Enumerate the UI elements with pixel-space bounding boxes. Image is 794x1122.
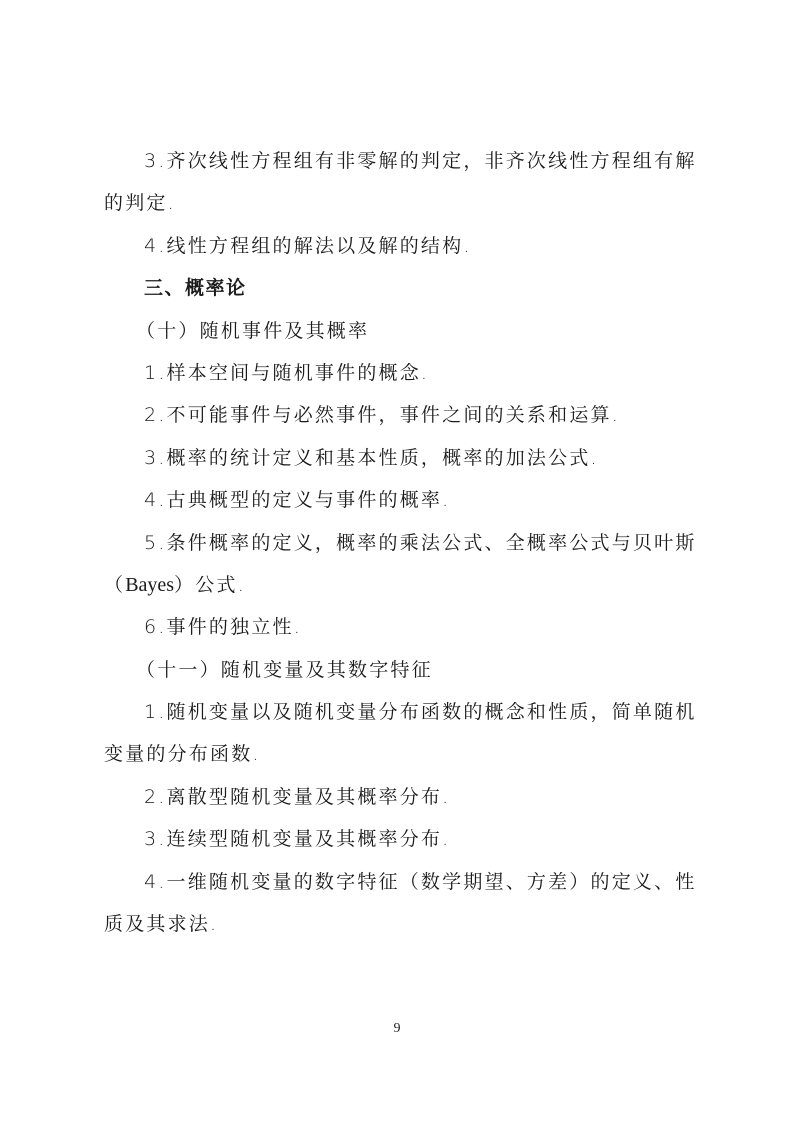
list-item: 4.一维随机变量的数字特征（数学期望、方差）的定义、性 [104, 861, 694, 903]
list-item: 5.条件概率的定义，概率的乘法公式、全概率公式与贝叶斯 [104, 522, 694, 564]
text-line: 4.线性方程组的解法以及解的结构. [104, 225, 694, 267]
close-paren-text: ）公式. [174, 574, 246, 596]
list-item: 2.不可能事件与必然事件，事件之间的关系和运算. [104, 394, 694, 436]
list-item: 3.概率的统计定义和基本性质，概率的加法公式. [104, 437, 694, 479]
list-item-continuation: 质及其求法. [104, 903, 694, 945]
subsection-title: （十）随机事件及其概率 [104, 310, 694, 352]
document-page: 3.齐次线性方程组有非零解的判定，非齐次线性方程组有解 的判定. 4.线性方程组… [104, 140, 694, 945]
list-item: 2.离散型随机变量及其概率分布. [104, 776, 694, 818]
list-item: 1.随机变量以及随机变量分布函数的概念和性质，简单随机 [104, 691, 694, 733]
list-item: 4.古典概型的定义与事件的概率. [104, 479, 694, 521]
list-item-continuation: 变量的分布函数. [104, 733, 694, 775]
section-heading: 三、概率论 [104, 267, 694, 309]
page-number: 9 [0, 1021, 794, 1037]
subsection-title: （十一）随机变量及其数字特征 [104, 649, 694, 691]
text-line: 的判定. [104, 182, 694, 224]
text-line: 3.齐次线性方程组有非零解的判定，非齐次线性方程组有解 [104, 140, 694, 182]
list-item-continuation: （Bayes）公式. [104, 564, 694, 606]
open-paren: （ [104, 574, 125, 596]
list-item: 6.事件的独立性. [104, 606, 694, 648]
list-item: 3.连续型随机变量及其概率分布. [104, 818, 694, 860]
bayes-term: Bayes [125, 574, 174, 596]
list-item: 1.样本空间与随机事件的概念. [104, 352, 694, 394]
